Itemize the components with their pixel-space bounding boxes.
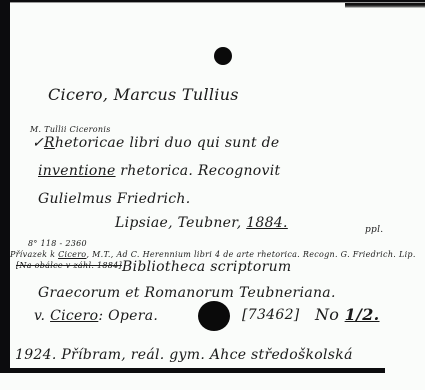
author-heading: Cicero, Marcus Tullius xyxy=(48,85,239,104)
title-line-2: inventione rhetorica. Recognovit xyxy=(38,163,280,179)
series-line-2: Graecorum et Romanorum Teubneriana. xyxy=(38,285,336,301)
card-top-edge xyxy=(345,3,425,8)
title-text-2: rhetorica. Recognovit xyxy=(116,163,281,179)
title-line-1: ✓Rhetoricae libri duo qui sunt de xyxy=(32,135,279,151)
see-also-suffix: : Opera. xyxy=(98,308,158,324)
volume-value: 1/2. xyxy=(345,305,380,324)
punch-hole-bottom xyxy=(198,301,230,331)
cross-ref-prefix: Přívazek k xyxy=(10,250,55,259)
volume-label: No xyxy=(315,305,339,324)
title-keyword: inventione xyxy=(38,163,116,179)
volume-info: No 1/2. xyxy=(315,305,380,324)
imprint-year: 1884. xyxy=(246,215,288,231)
check-mark: ✓ xyxy=(32,135,44,151)
provenance-note: 1924. Příbram, reál. gym. Ahce středoško… xyxy=(15,347,353,363)
catalog-card: Cicero, Marcus Tullius M. Tullii Ciceron… xyxy=(10,2,425,369)
note-line: [Na obálce v záhl. 1884] xyxy=(16,261,122,270)
see-also: v. Cicero: Opera. xyxy=(34,308,158,324)
title-line-3: Gulielmus Friedrich. xyxy=(38,191,190,207)
card-bottom-edge xyxy=(0,368,385,373)
imprint-place: Lipsiae, Teubner, xyxy=(115,215,241,231)
original-author-form: M. Tullii Ciceronis xyxy=(30,125,111,134)
accession-number: [73462] xyxy=(242,307,300,323)
series-line-1: Bibliotheca scriptorum xyxy=(122,259,291,275)
shelf-numbers: 8° 118 - 2360 xyxy=(28,239,87,248)
see-also-author: Cicero xyxy=(50,308,98,324)
imprint: Lipsiae, Teubner, 1884. xyxy=(115,215,288,231)
see-also-prefix: v. xyxy=(34,308,45,324)
title-initial: R xyxy=(44,135,55,151)
cross-ref-text: , M.T., Ad C. Herennium libri 4 de arte … xyxy=(86,250,415,259)
punch-hole-top xyxy=(214,47,232,65)
cross-ref-author: Cicero xyxy=(58,250,86,259)
pages-note: ppl. xyxy=(365,225,383,235)
title-text-1: hetoricae libri duo qui sunt de xyxy=(55,135,280,151)
cross-reference: Přívazek k Cicero, M.T., Ad C. Herennium… xyxy=(10,250,416,259)
